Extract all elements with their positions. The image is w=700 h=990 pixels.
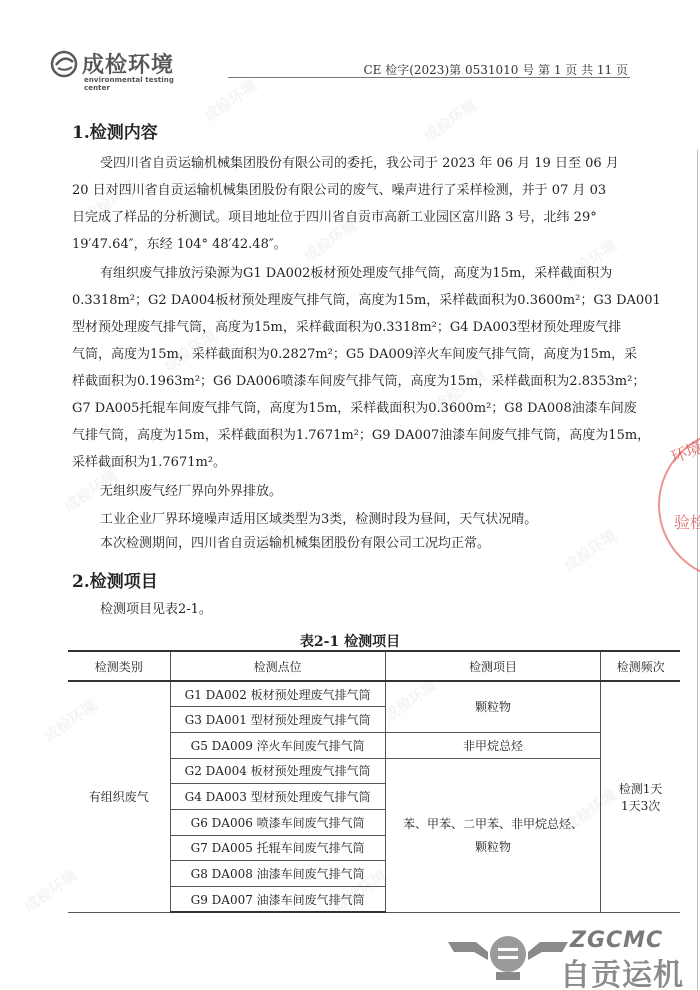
- cell-point: G4 DA003 型材预处理废气排气筒: [170, 784, 385, 810]
- text-line: 无组织废气经厂界向外界排放。: [72, 478, 632, 505]
- logo-text-cn: 成检环境: [82, 48, 174, 79]
- company-logo: 成检环境 environmental testing center: [50, 48, 190, 88]
- logo-text-en: environmental testing center: [84, 76, 190, 92]
- header-point: 检测点位: [170, 651, 385, 681]
- report-number: CE 检字(2023)第 0531010 号 第 1 页 共 11 页: [363, 61, 628, 78]
- text-line: 样截面积为0.1963m²；G6 DA006喷漆车间废气排气筒，高度为15m，采…: [72, 368, 632, 395]
- text-line: G7 DA005托辊车间废气排气筒，高度为15m，采样截面积为0.3600m²；…: [72, 395, 632, 422]
- watermark: 成检环境: [199, 75, 260, 127]
- text-line: 检测项目见表2-1。: [72, 596, 632, 623]
- cell-item: 苯、甲苯、二甲苯、非甲烷总烃、 颗粒物: [385, 758, 600, 912]
- cell-category: 有组织废气: [68, 681, 170, 912]
- table-caption: 表2-1 检测项目: [0, 631, 700, 651]
- text-line: 工业企业厂界环境噪声适用区域类型为3类，检测时段为昼间，天气状况晴。: [72, 506, 632, 533]
- intro-paragraph: 受四川省自贡运输机械集团股份有限公司的委托，我公司于 2023 年 06 月 1…: [72, 150, 632, 258]
- fugitive-emission-paragraph: 无组织废气经厂界向外界排放。: [72, 478, 632, 505]
- cell-point: G8 DA008 油漆车间废气排气筒: [170, 861, 385, 887]
- noise-paragraph: 工业企业厂界环境噪声适用区域类型为3类，检测时段为昼间，天气状况晴。: [72, 506, 632, 533]
- text-line: 日完成了样品的分析测试。项目地址位于四川省自贡市高新工业园区富川路 3 号，北纬…: [72, 204, 632, 231]
- text-line: 19′47.64″，东经 104° 48′42.48″。: [72, 231, 632, 258]
- cell-point: G5 DA009 淬火车间废气排气筒: [170, 732, 385, 758]
- text-line: 本次检测期间，四川省自贡运输机械集团股份有限公司工况均正常。: [72, 530, 632, 557]
- condition-paragraph: 本次检测期间，四川省自贡运输机械集团股份有限公司工况均正常。: [72, 530, 632, 557]
- item-line: 苯、甲苯、二甲苯、非甲烷总烃、: [386, 815, 600, 832]
- watermark: 成检环境: [419, 95, 480, 147]
- cell-point: G6 DA006 喷漆车间废气排气筒: [170, 809, 385, 835]
- header-divider: [228, 77, 630, 78]
- text-line: 气筒，高度为15m，采样截面积为0.2827m²；G5 DA009淬火车间废气排…: [72, 341, 632, 368]
- cell-point: G7 DA005 托辊车间废气排气筒: [170, 835, 385, 861]
- frequency-line: 1天3次: [601, 797, 680, 814]
- logo-e-icon: [50, 50, 78, 78]
- seal-text: 环境: [667, 435, 700, 468]
- official-seal: 环境 验检: [658, 430, 700, 560]
- cell-point: G1 DA002 板材预处理废气排气筒: [170, 681, 385, 707]
- cell-point: G3 DA001 型材预处理废气排气筒: [170, 707, 385, 733]
- table-intro: 检测项目见表2-1。: [72, 596, 632, 623]
- table-header-row: 检测类别 检测点位 检测项目 检测频次: [68, 651, 680, 681]
- text-line: 受四川省自贡运输机械集团股份有限公司的委托，我公司于 2023 年 06 月 1…: [72, 150, 632, 177]
- footer-brand-logo: ZGCMC 自贡运机: [448, 928, 698, 988]
- seal-ring: [658, 430, 700, 580]
- brand-cn-text: 自贡运机: [560, 950, 684, 990]
- page-edge: [697, 150, 698, 990]
- text-line: 采样截面积为1.7671m²。: [72, 449, 632, 476]
- cell-point: G2 DA004 板材预处理废气排气筒: [170, 758, 385, 784]
- text-line: 20 日对四川省自贡运输机械集团股份有限公司的废气、噪声进行了采样检测，并于 0…: [72, 177, 632, 204]
- detection-items-table: 检测类别 检测点位 检测项目 检测频次 有组织废气 G1 DA002 板材预处理…: [68, 650, 680, 913]
- text-line: 气排气筒，高度为15m，采样截面积为1.7671m²；G9 DA007油漆车间废…: [72, 422, 632, 449]
- item-line: 颗粒物: [386, 838, 600, 855]
- header-frequency: 检测频次: [601, 651, 680, 681]
- section-title-2: 2.检测项目: [72, 567, 158, 592]
- header-category: 检测类别: [68, 651, 170, 681]
- text-line: 0.3318m²；G2 DA004板材预处理废气排气筒，高度为15m，采样截面积…: [72, 287, 632, 314]
- cell-frequency: 检测1天 1天3次: [601, 681, 680, 912]
- cell-item: 非甲烷总烃: [385, 732, 600, 758]
- text-line: 有组织废气排放污染源为G1 DA002板材预处理废气排气筒，高度为15m，采样截…: [72, 260, 632, 287]
- table-row: 有组织废气 G1 DA002 板材预处理废气排气筒 颗粒物 检测1天 1天3次: [68, 681, 680, 707]
- frequency-line: 检测1天: [601, 780, 680, 797]
- emission-sources-paragraph: 有组织废气排放污染源为G1 DA002板材预处理废气排气筒，高度为15m，采样截…: [72, 260, 632, 476]
- cell-item: 颗粒物: [385, 681, 600, 732]
- section-title-1: 1.检测内容: [72, 118, 158, 143]
- header-item: 检测项目: [385, 651, 600, 681]
- zgcmc-wing-icon: [448, 928, 568, 988]
- cell-point: G9 DA007 油漆车间废气排气筒: [170, 887, 385, 913]
- text-line: 型材预处理废气排气筒，高度为15m，采样截面积为0.3318m²；G4 DA00…: [72, 314, 632, 341]
